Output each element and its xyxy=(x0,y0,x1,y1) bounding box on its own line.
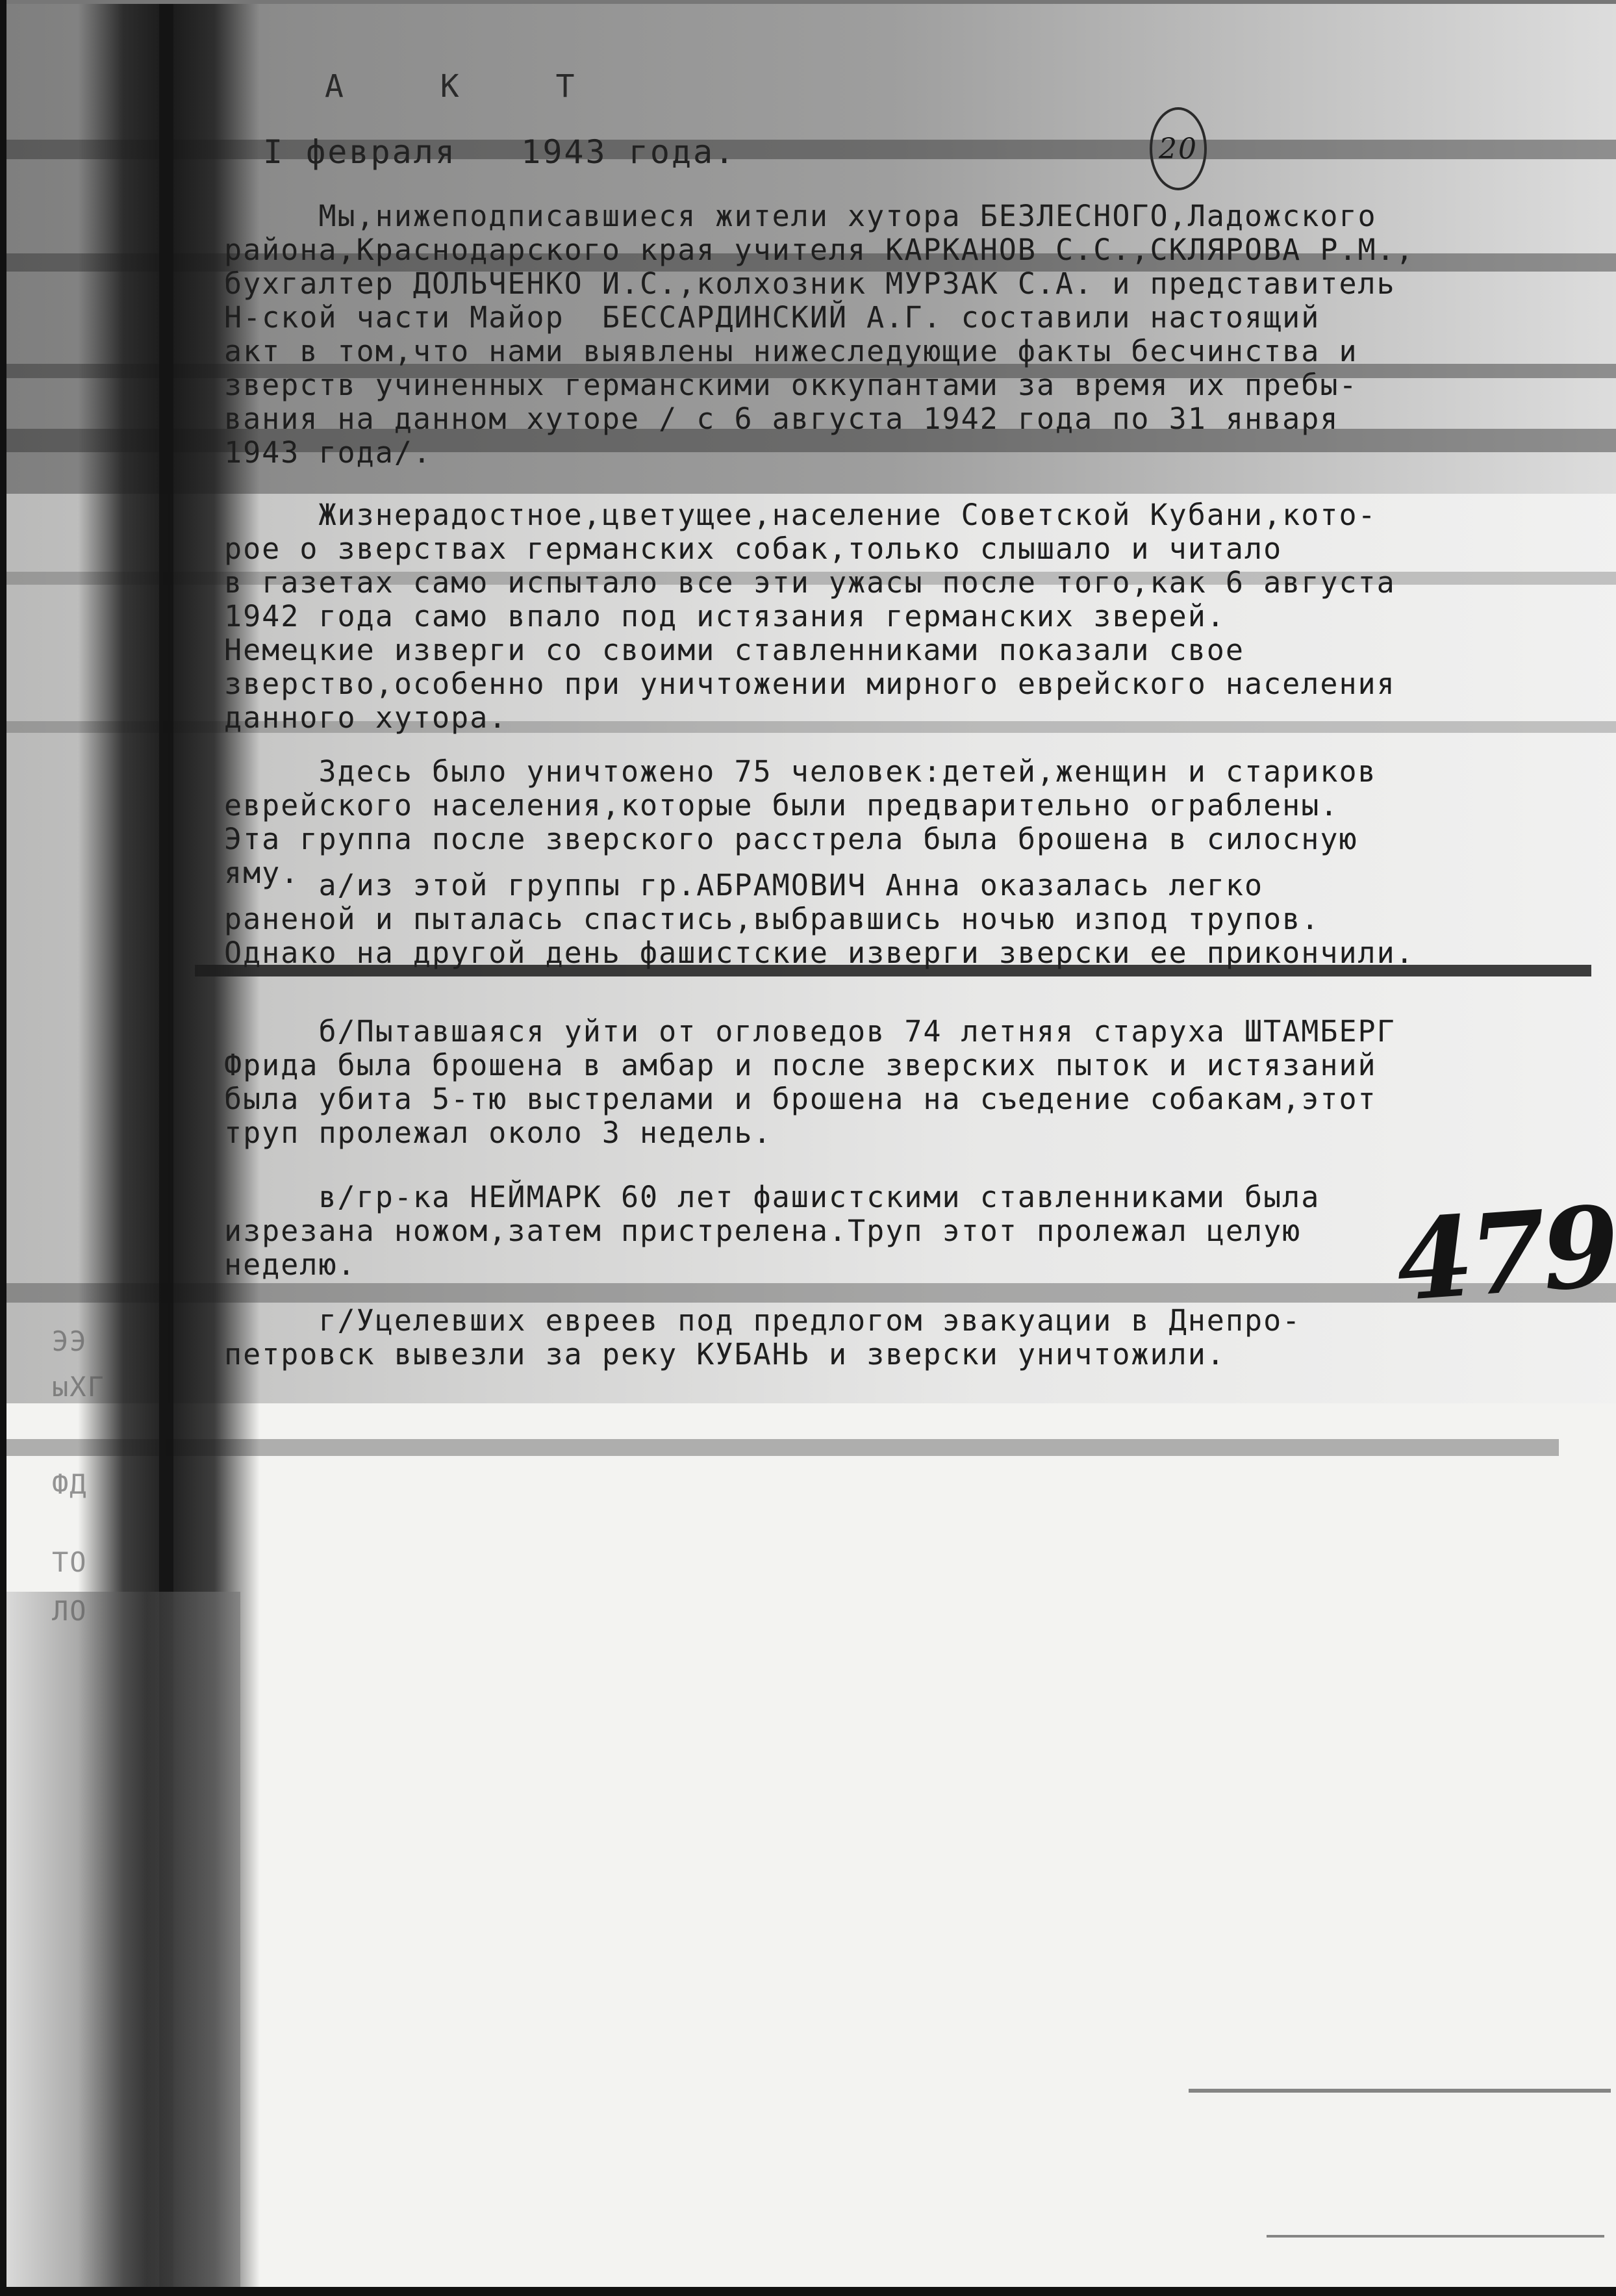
text-line: Здесь было уничтожено 75 человек:детей,ж… xyxy=(224,757,1377,786)
handwritten-archive-number: 479 xyxy=(1392,1181,1616,1326)
document-date: I февраля 1943 года. xyxy=(263,133,736,171)
text-line: еврейского населения,которые были предва… xyxy=(224,791,1339,820)
text-line: Н-ской части Майор БЕССАРДИНСКИЙ А.Г. со… xyxy=(224,303,1320,332)
margin-fragment: ыХГ xyxy=(52,1371,105,1403)
text-line: Немецкие изверги со своими ставленниками… xyxy=(224,635,1244,665)
text-line: зверств учиненных германскими оккупантам… xyxy=(224,370,1358,400)
text-line: рое о зверствах германских собак,только … xyxy=(224,534,1282,563)
text-line: изрезана ножом,затем пристрелена.Труп эт… xyxy=(224,1216,1301,1245)
text-line: б/Пытавшаяся уйти от огловедов 74 летняя… xyxy=(224,1017,1396,1046)
text-line: была убита 5-тю выстрелами и брошена на … xyxy=(224,1084,1377,1114)
text-line: Фрида была брошена в амбар и после зверс… xyxy=(224,1051,1377,1080)
text-line: г/Уцелевших евреев под предлогом эвакуац… xyxy=(224,1306,1301,1335)
text-line: данного хутора. xyxy=(224,703,507,732)
text-line: 1942 года само впало под истязания герма… xyxy=(224,602,1226,631)
text-line: раненой и пыталась спастись,выбравшись н… xyxy=(224,904,1320,934)
text-line: района,Краснодарского края учителя КАРКА… xyxy=(224,235,1415,264)
margin-fragment: ФД xyxy=(52,1468,88,1500)
text-line: акт в том,что нами выявлены нижеследующи… xyxy=(224,337,1358,366)
text-line: Мы,нижеподписавшиеся жители хутора БЕЗЛЕ… xyxy=(224,201,1377,231)
text-line: вания на данном хуторе / с 6 августа 194… xyxy=(224,404,1339,433)
document-title: А К Т xyxy=(325,68,614,105)
text-line: Эта группа после зверского расстрела был… xyxy=(224,824,1358,854)
folio-number-circled: 20 xyxy=(1150,107,1207,190)
text-line: труп пролежал около 3 недель. xyxy=(224,1118,772,1147)
text-line: Жизнерадостное,цветущее,население Советс… xyxy=(224,500,1377,529)
text-line: Однако на другой день фашистские изверги… xyxy=(224,938,1415,967)
text-line: зверство,особенно при уничтожении мирног… xyxy=(224,669,1396,698)
text-line: в/гр-ка НЕЙМАРК 60 лет фашистскими ставл… xyxy=(224,1182,1320,1212)
text-line: бухгалтер ДОЛЬЧЕНКО И.С.,колхозник МУРЗА… xyxy=(224,269,1396,298)
margin-fragment: ЛО xyxy=(52,1595,88,1627)
text-line: в газетах само испытало все эти ужасы по… xyxy=(224,568,1396,597)
text-line: 1943 года/. xyxy=(224,438,432,467)
margin-fragment: ЭЭ xyxy=(52,1325,88,1357)
text-line: неделю. xyxy=(224,1250,357,1279)
text-line: петровск вывезли за реку КУБАНЬ и зверск… xyxy=(224,1340,1226,1369)
typewritten-text: А К Т I февраля 1943 года. 20 Мы,нижепод… xyxy=(0,0,1616,2296)
text-line: а/из этой группы гр.АБРАМОВИЧ Анна оказа… xyxy=(224,871,1263,900)
margin-fragment: ТО xyxy=(52,1546,88,1578)
